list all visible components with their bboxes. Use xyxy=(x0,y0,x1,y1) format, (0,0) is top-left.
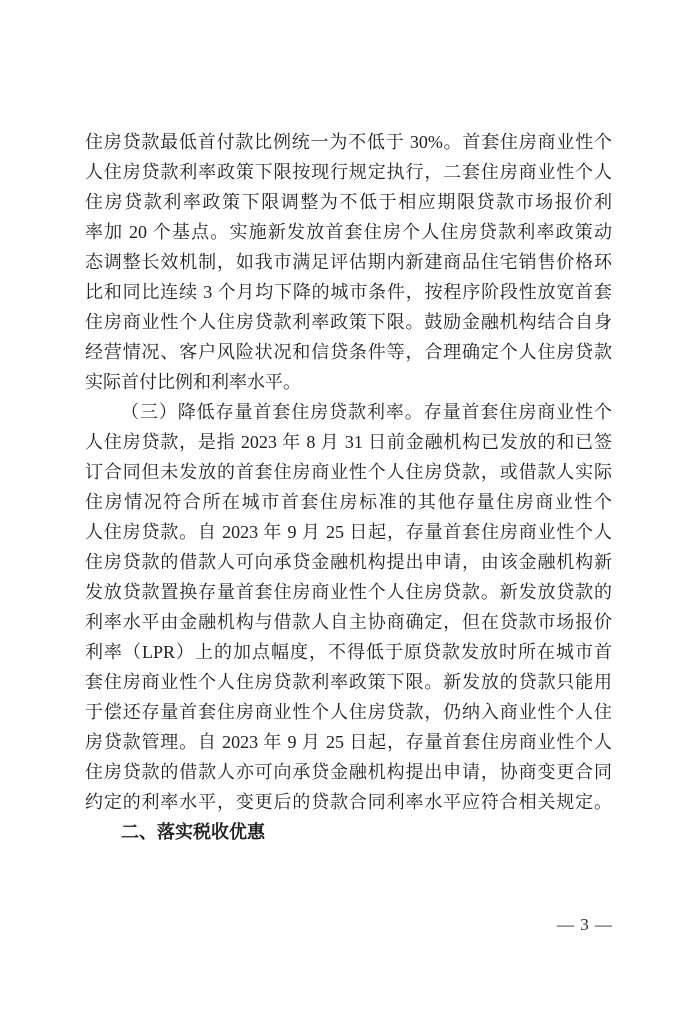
page-number: — 3 — xyxy=(543,913,627,937)
text-line: 约定的利率水平，变更后的贷款合同利率水平应符合相关规定。 xyxy=(85,787,612,817)
text-line: 实际首付比例和利率水平。 xyxy=(85,367,612,397)
text-line: （三）降低存量首套住房贷款利率。存量首套住房商业性个 xyxy=(85,397,612,427)
text-line: 住房贷款的借款人亦可向承贷金融机构提出申请，协商变更合同 xyxy=(85,757,612,787)
text-line: 于偿还存量首套住房商业性个人住房贷款，仍纳入商业性个人住 xyxy=(85,697,612,727)
text-line: 住房贷款最低首付款比例统一为不低于 30%。首套住房商业性个 xyxy=(85,127,612,157)
text-line: 人住房贷款。自 2023 年 9 月 25 日起，存量首套住房商业性个人 xyxy=(85,517,612,547)
text-line: 发放贷款置换存量首套住房商业性个人住房贷款。新发放贷款的 xyxy=(85,577,612,607)
text-line: 经营情况、客户风险状况和信贷条件等，合理确定个人住房贷款 xyxy=(85,337,612,367)
text-line: 利率水平由金融机构与借款人自主协商确定，但在贷款市场报价 xyxy=(85,607,612,637)
text-line: 住房贷款利率政策下限调整为不低于相应期限贷款市场报价利 xyxy=(85,187,612,217)
text-line: 人住房贷款利率政策下限按现行规定执行，二套住房商业性个人 xyxy=(85,157,612,187)
text-line: 利率（LPR）上的加点幅度，不得低于原贷款发放时所在城市首 xyxy=(85,637,612,667)
text-line: 率加 20 个基点。实施新发放首套住房个人住房贷款利率政策动 xyxy=(85,217,612,247)
text-line: 住房商业性个人住房贷款利率政策下限。鼓励金融机构结合自身 xyxy=(85,307,612,337)
text-line: 人住房贷款，是指 2023 年 8 月 31 日前金融机构已发放的和已签 xyxy=(85,427,612,457)
text-line: 比和同比连续 3 个月均下降的城市条件，按程序阶段性放宽首套 xyxy=(85,277,612,307)
text-line: 住房情况符合所在城市首套住房标准的其他存量住房商业性个 xyxy=(85,487,612,517)
text-block: 住房贷款最低首付款比例统一为不低于 30%。首套住房商业性个人住房贷款利率政策下… xyxy=(85,127,612,847)
section-heading-line: 二、落实税收优惠 xyxy=(85,817,612,847)
text-line: 套住房商业性个人住房贷款利率政策下限。新发放的贷款只能用 xyxy=(85,667,612,697)
text-line: 态调整长效机制，如我市满足评估期内新建商品住宅销售价格环 xyxy=(85,247,612,277)
text-line: 订合同但未发放的首套住房商业性个人住房贷款，或借款人实际 xyxy=(85,457,612,487)
text-line: 住房贷款的借款人可向承贷金融机构提出申请，由该金融机构新 xyxy=(85,547,612,577)
document-page: 住房贷款最低首付款比例统一为不低于 30%。首套住房商业性个人住房贷款利率政策下… xyxy=(0,0,700,1020)
text-line: 房贷款管理。自 2023 年 9 月 25 日起，存量首套住房商业性个人 xyxy=(85,727,612,757)
